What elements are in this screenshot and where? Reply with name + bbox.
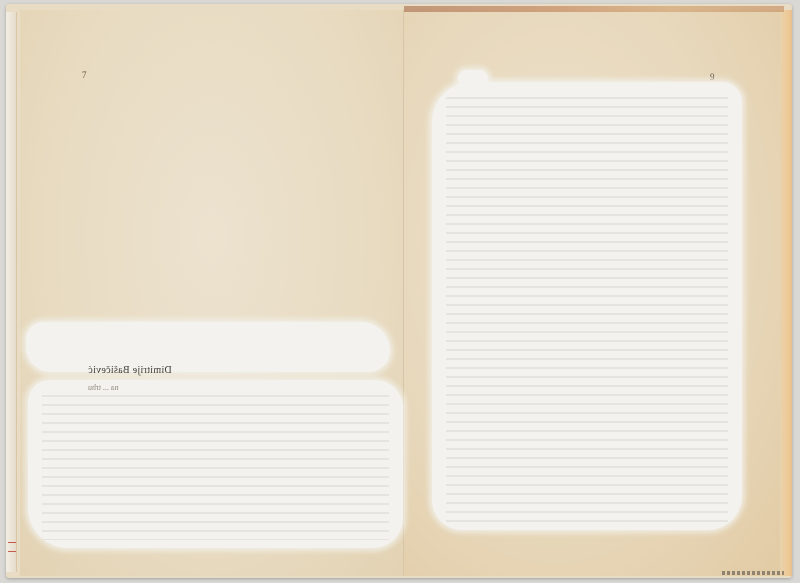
page-block-edge (780, 10, 792, 576)
top-edge-stain (404, 6, 784, 12)
white-paint-strip (26, 322, 390, 372)
white-paint-right-block (432, 82, 742, 530)
ghost-text-lines (42, 388, 389, 540)
white-paint-left-block (28, 380, 403, 548)
mirrored-text-fragment: na ... trhu (88, 383, 118, 392)
ghost-text-lines (446, 90, 728, 522)
white-paint-blob (458, 70, 488, 86)
mirrored-author-heading: Dimitrije Bašičević (88, 365, 172, 376)
right-page-number: 9 (710, 72, 715, 82)
bottom-edge-marking (722, 571, 784, 575)
left-cover-edge (6, 12, 17, 572)
spine-marks (8, 542, 16, 562)
left-page-number: 7 (82, 70, 87, 80)
open-book: 7 9 Dimitrije Bašičević na ... trhu (6, 4, 792, 578)
